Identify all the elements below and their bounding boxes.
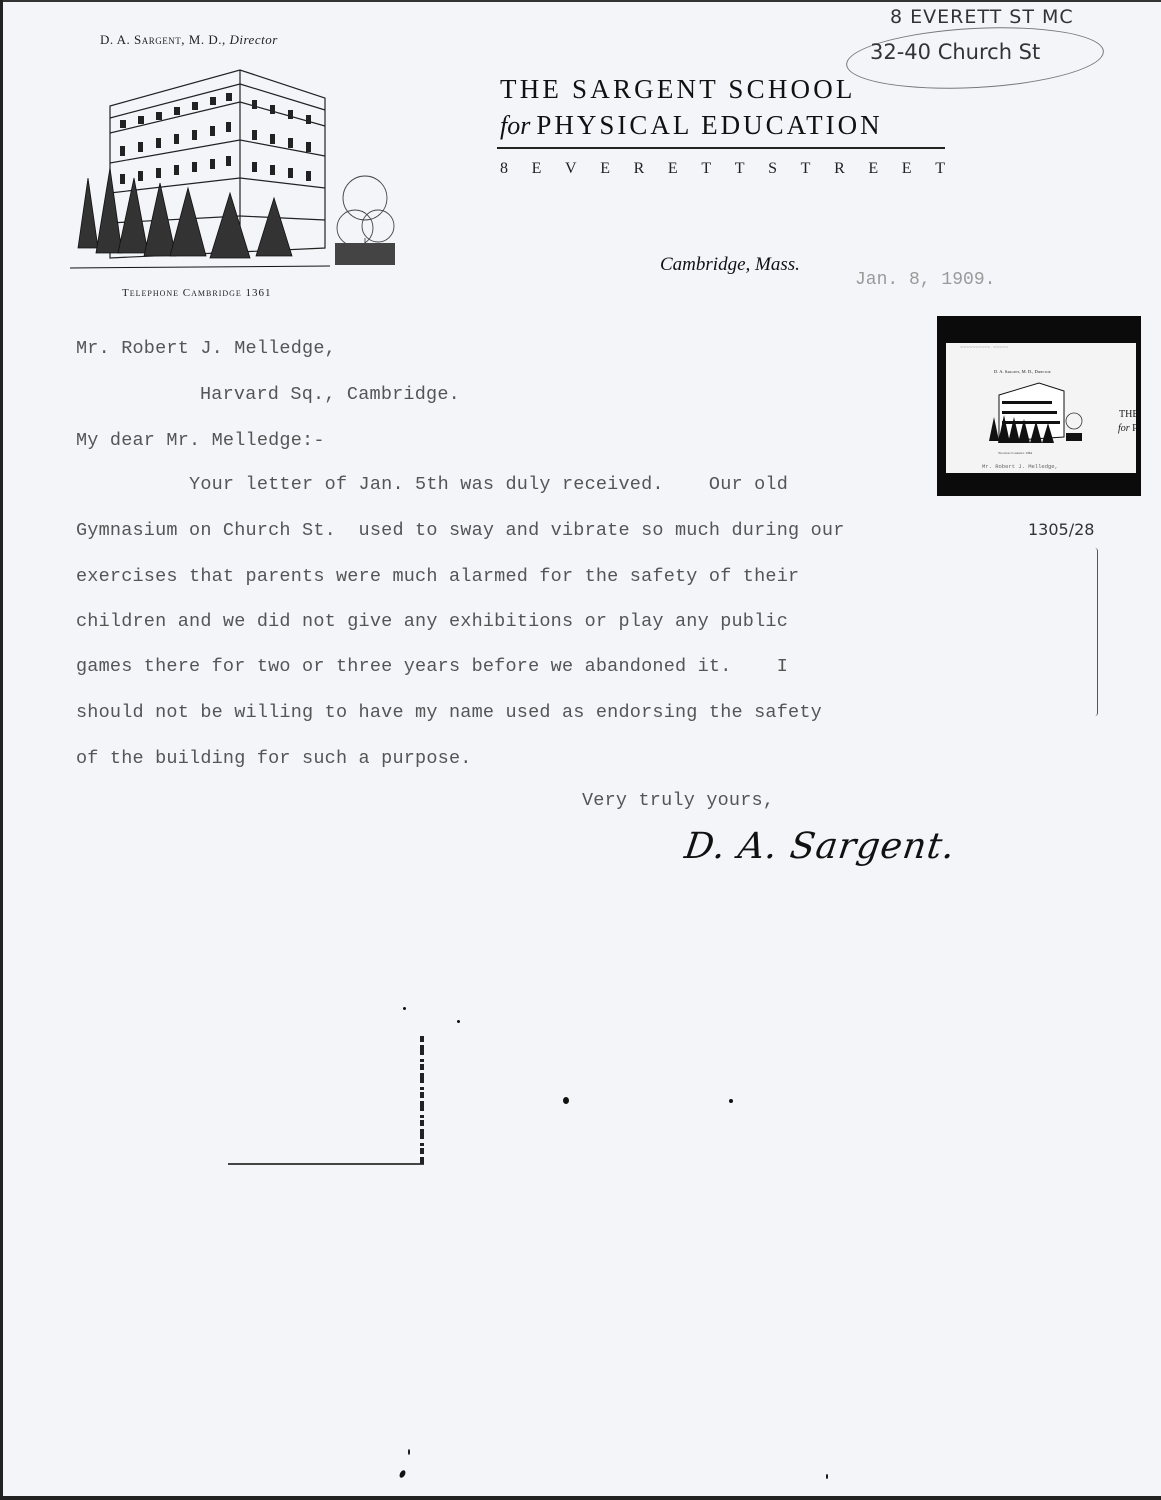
page-edge-left [0,0,3,1500]
handwritten-address-note: 8 EVERETT ST MC [890,6,1074,28]
thumbnail-director: D. A. Sargent, M. D., Director [994,369,1051,374]
director-name: D. A. Sargent, M. D., [100,32,226,47]
street-char: E [668,160,678,178]
ink-speck [398,1469,406,1478]
street-char: R [834,160,845,178]
thumbnail-address: Mr. Robert J. Melledge, [982,463,1058,470]
ink-speck [826,1474,828,1479]
street-char: V [565,160,577,178]
street-char: 8 [500,160,508,178]
dateline-place: Cambridge, Mass. [660,254,800,276]
letter-thumbnail-inset: ~~~~~~~~~~ ~~~~~ D. A. Sargent, M. D., D… [937,316,1141,496]
thumbnail-telephone: Telephone Cambridge 1361 [998,451,1032,455]
thumbnail-top-text: ~~~~~~~~~~ ~~~~~ [960,345,1008,351]
body-line: games there for two or three years befor… [76,656,788,677]
street-char: T [801,160,811,178]
inside-address-line1: Mr. Robert J. Melledge, [76,338,336,359]
letterhead-director: D. A. Sargent, M. D., Director [100,32,278,48]
page-edge-top [0,0,1161,2]
school-building-illustration [60,58,400,276]
inside-address-line2: Harvard Sq., Cambridge. [200,384,460,405]
dateline-date: Jan. 8, 1909. [855,270,995,290]
body-line: should not be willing to have my name us… [76,702,822,723]
street-char: T [935,160,945,178]
street-char: E [902,160,912,178]
signature: D. A. Sargent. [682,826,958,867]
street-char: T [735,160,745,178]
letterhead-rule [497,147,945,149]
street-char: R [634,160,645,178]
street-char: E [600,160,610,178]
handwritten-church-st-note: 32-40 Church St [870,40,1040,64]
body-line: exercises that parents were much alarmed… [76,566,799,587]
street-char: T [701,160,711,178]
director-title: Director [229,32,277,47]
thumbnail-phys-text: P [1132,423,1136,434]
thumbnail-for: for P [1118,423,1136,434]
school-name-physical-education: PHYSICAL EDUCATION [536,110,882,140]
thumbnail-page: ~~~~~~~~~~ ~~~~~ D. A. Sargent, M. D., D… [946,343,1136,473]
thumbnail-the: THE [1119,409,1136,420]
ink-speck [563,1097,569,1104]
ink-speck [457,1020,460,1023]
school-name-for: for [500,111,530,140]
letterhead-street: 8 E V E R E T T S T R E E T [500,160,945,178]
street-char: E [868,160,878,178]
salutation: My dear Mr. Melledge:- [76,430,325,451]
ink-speck [729,1099,733,1103]
body-line: Gymnasium on Church St. used to sway and… [76,520,845,541]
handwritten-catalog-number: 1305/28 [1028,520,1094,539]
body-line: children and we did not give any exhibit… [76,611,788,632]
ink-speck [408,1449,410,1455]
ink-speck [403,1007,406,1010]
school-name-line2: forPHYSICAL EDUCATION [500,110,945,141]
margin-bracket-mark [1093,548,1098,716]
street-char: E [532,160,542,178]
thumbnail-for-text: for [1118,423,1130,434]
closing: Very truly yours, [582,790,774,811]
page-edge-bottom [0,1496,1161,1500]
body-line: Your letter of Jan. 5th was duly receive… [76,474,788,495]
body-line: of the building for such a purpose. [76,748,472,769]
thumbnail-building-illustration [984,377,1084,447]
street-char: S [768,160,777,178]
scan-corner-mark [228,1036,426,1166]
letterhead-telephone: Telephone Cambridge 1361 [122,287,272,299]
